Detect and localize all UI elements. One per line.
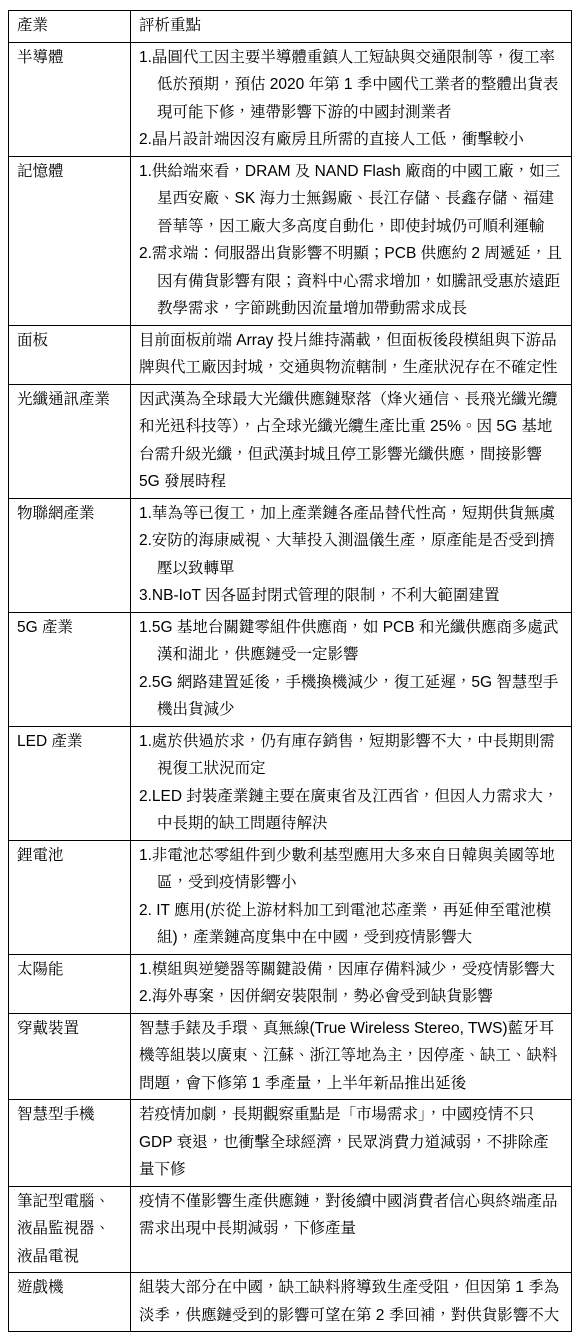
analysis-point: 2. IT 應用(於從上游材料加工到電池芯產業，再延伸至電池模組)，產業鏈高度集… bbox=[139, 897, 564, 952]
analysis-point: 2.5G 網路建置延後，手機換機減少，復工延遲，5G 智慧型手機出貨減少 bbox=[139, 669, 564, 724]
analysis-point: 目前面板前端 Array 投片維持滿載，但面板後段模組與下游品牌與代工廠因封城，… bbox=[139, 327, 564, 382]
analysis-cell: 1.模組與逆變器等關鍵設備，因庫存備料減少，受疫情影響大2.海外專案，因併網安裝… bbox=[131, 954, 572, 1013]
table-row: 半導體1.晶圓代工因主要半導體重鎮人工短缺與交通限制等，復工率低於預期，預估 2… bbox=[9, 42, 572, 156]
table-row: 太陽能1.模組與逆變器等關鍵設備，因庫存備料減少，受疫情影響大2.海外專案，因併… bbox=[9, 954, 572, 1013]
analysis-cell: 1.非電池芯零組件到少數利基型應用大多來自日韓與美國等地區，受到疫情影響小2. … bbox=[131, 840, 572, 954]
industry-cell: 半導體 bbox=[9, 42, 131, 156]
industry-cell: 5G 產業 bbox=[9, 612, 131, 726]
analysis-point: 1.模組與逆變器等關鍵設備，因庫存備料減少，受疫情影響大 bbox=[139, 956, 564, 984]
analysis-point: 1.5G 基地台關鍵零組件供應商，如 PCB 和光纖供應商多處武漢和湖北，供應鏈… bbox=[139, 614, 564, 669]
table-row: 筆記型電腦、液晶監視器、液晶電視疫情不僅影響生產供應鏈，對後續中國消費者信心與終… bbox=[9, 1186, 572, 1273]
analysis-cell: 1.處於供過於求，仍有庫存銷售，短期影響不大，中長期則需視復工狀況而定2.LED… bbox=[131, 726, 572, 840]
analysis-point: 2.安防的海康威視、大華投入測溫儀生產，原產能是否受到擠壓以致轉單 bbox=[139, 527, 564, 582]
table-row: 遊戲機組裝大部分在中國，缺工缺料將導致生產受阻，但因第 1 季為淡季，供應鏈受到… bbox=[9, 1273, 572, 1332]
analysis-cell: 因武漢為全球最大光纖供應鏈聚落（烽火通信、長飛光纖光纜和光迅科技等），占全球光纖… bbox=[131, 384, 572, 498]
analysis-point: 2.需求端：伺服器出貨影響不明顯；PCB 供應約 2 周遞延，且因有備貨影響有限… bbox=[139, 240, 564, 323]
analysis-cell: 智慧手錶及手環、真無線(True Wireless Stereo, TWS)藍牙… bbox=[131, 1013, 572, 1100]
industry-cell: 遊戲機 bbox=[9, 1273, 131, 1332]
analysis-cell: 組裝大部分在中國，缺工缺料將導致生產受阻，但因第 1 季為淡季，供應鏈受到的影響… bbox=[131, 1273, 572, 1332]
analysis-point: 1.供給端來看，DRAM 及 NAND Flash 廠商的中國工廠，如三星西安廠… bbox=[139, 158, 564, 241]
industry-cell: 智慧型手機 bbox=[9, 1100, 131, 1187]
industry-cell: 太陽能 bbox=[9, 954, 131, 1013]
analysis-cell: 若疫情加劇，長期觀察重點是「市場需求」，中國疫情不只 GDP 衰退，也衝擊全球經… bbox=[131, 1100, 572, 1187]
industry-cell: 穿戴裝置 bbox=[9, 1013, 131, 1100]
analysis-point: 2.海外專案，因併網安裝限制，勢必會受到缺貨影響 bbox=[139, 983, 564, 1011]
analysis-point: 3.NB-IoT 因各區封閉式管理的限制，不利大範圍建置 bbox=[139, 582, 564, 610]
table-row: 鋰電池1.非電池芯零組件到少數利基型應用大多來自日韓與美國等地區，受到疫情影響小… bbox=[9, 840, 572, 954]
industry-cell: 筆記型電腦、液晶監視器、液晶電視 bbox=[9, 1186, 131, 1273]
table-row: 穿戴裝置智慧手錶及手環、真無線(True Wireless Stereo, TW… bbox=[9, 1013, 572, 1100]
table-row: 5G 產業1.5G 基地台關鍵零組件供應商，如 PCB 和光纖供應商多處武漢和湖… bbox=[9, 612, 572, 726]
analysis-point: 智慧手錶及手環、真無線(True Wireless Stereo, TWS)藍牙… bbox=[139, 1015, 564, 1098]
analysis-point: 1.華為等已復工，加上產業鏈各產品替代性高，短期供貨無虞 bbox=[139, 500, 564, 528]
analysis-point: 1.非電池芯零組件到少數利基型應用大多來自日韓與美國等地區，受到疫情影響小 bbox=[139, 842, 564, 897]
analysis-point: 2.晶片設計端因沒有廠房且所需的直接人工低，衝擊較小 bbox=[139, 126, 564, 154]
table-row: 智慧型手機若疫情加劇，長期觀察重點是「市場需求」，中國疫情不只 GDP 衰退，也… bbox=[9, 1100, 572, 1187]
analysis-point: 疫情不僅影響生產供應鏈，對後續中國消費者信心與終端產品需求出現中長期減弱，下修產… bbox=[139, 1188, 564, 1243]
analysis-point: 1.處於供過於求，仍有庫存銷售，短期影響不大，中長期則需視復工狀況而定 bbox=[139, 728, 564, 783]
col-header-industry: 產業 bbox=[9, 11, 131, 43]
col-header-analysis: 評析重點 bbox=[131, 11, 572, 43]
analysis-cell: 1.5G 基地台關鍵零組件供應商，如 PCB 和光纖供應商多處武漢和湖北，供應鏈… bbox=[131, 612, 572, 726]
analysis-cell: 1.供給端來看，DRAM 及 NAND Flash 廠商的中國工廠，如三星西安廠… bbox=[131, 156, 572, 325]
table-row: 面板目前面板前端 Array 投片維持滿載，但面板後段模組與下游品牌與代工廠因封… bbox=[9, 325, 572, 384]
industry-analysis-table: 產業 評析重點 半導體1.晶圓代工因主要半導體重鎮人工短缺與交通限制等，復工率低… bbox=[8, 10, 572, 1332]
document-page: 產業 評析重點 半導體1.晶圓代工因主要半導體重鎮人工短缺與交通限制等，復工率低… bbox=[0, 0, 580, 1341]
industry-cell: 記憶體 bbox=[9, 156, 131, 325]
analysis-cell: 疫情不僅影響生產供應鏈，對後續中國消費者信心與終端產品需求出現中長期減弱，下修產… bbox=[131, 1186, 572, 1273]
analysis-point: 2.LED 封裝產業鏈主要在廣東省及江西省，但因人力需求大，中長期的缺工問題待解… bbox=[139, 783, 564, 838]
table-row: 記憶體1.供給端來看，DRAM 及 NAND Flash 廠商的中國工廠，如三星… bbox=[9, 156, 572, 325]
industry-cell: LED 產業 bbox=[9, 726, 131, 840]
table-row: 光纖通訊產業因武漢為全球最大光纖供應鏈聚落（烽火通信、長飛光纖光纜和光迅科技等）… bbox=[9, 384, 572, 498]
analysis-point: 若疫情加劇，長期觀察重點是「市場需求」，中國疫情不只 GDP 衰退，也衝擊全球經… bbox=[139, 1101, 564, 1184]
header-row: 產業 評析重點 bbox=[9, 11, 572, 43]
industry-cell: 光纖通訊產業 bbox=[9, 384, 131, 498]
table-row: LED 產業1.處於供過於求，仍有庫存銷售，短期影響不大，中長期則需視復工狀況而… bbox=[9, 726, 572, 840]
table-row: 物聯網產業1.華為等已復工，加上產業鏈各產品替代性高，短期供貨無虞2.安防的海康… bbox=[9, 498, 572, 612]
analysis-point: 1.晶圓代工因主要半導體重鎮人工短缺與交通限制等，復工率低於預期，預估 2020… bbox=[139, 44, 564, 127]
analysis-cell: 1.晶圓代工因主要半導體重鎮人工短缺與交通限制等，復工率低於預期，預估 2020… bbox=[131, 42, 572, 156]
industry-cell: 鋰電池 bbox=[9, 840, 131, 954]
industry-cell: 面板 bbox=[9, 325, 131, 384]
analysis-cell: 目前面板前端 Array 投片維持滿載，但面板後段模組與下游品牌與代工廠因封城，… bbox=[131, 325, 572, 384]
industry-cell: 物聯網產業 bbox=[9, 498, 131, 612]
analysis-point: 組裝大部分在中國，缺工缺料將導致生產受阻，但因第 1 季為淡季，供應鏈受到的影響… bbox=[139, 1274, 564, 1329]
analysis-point: 因武漢為全球最大光纖供應鏈聚落（烽火通信、長飛光纖光纜和光迅科技等），占全球光纖… bbox=[139, 386, 564, 496]
analysis-cell: 1.華為等已復工，加上產業鏈各產品替代性高，短期供貨無虞2.安防的海康威視、大華… bbox=[131, 498, 572, 612]
